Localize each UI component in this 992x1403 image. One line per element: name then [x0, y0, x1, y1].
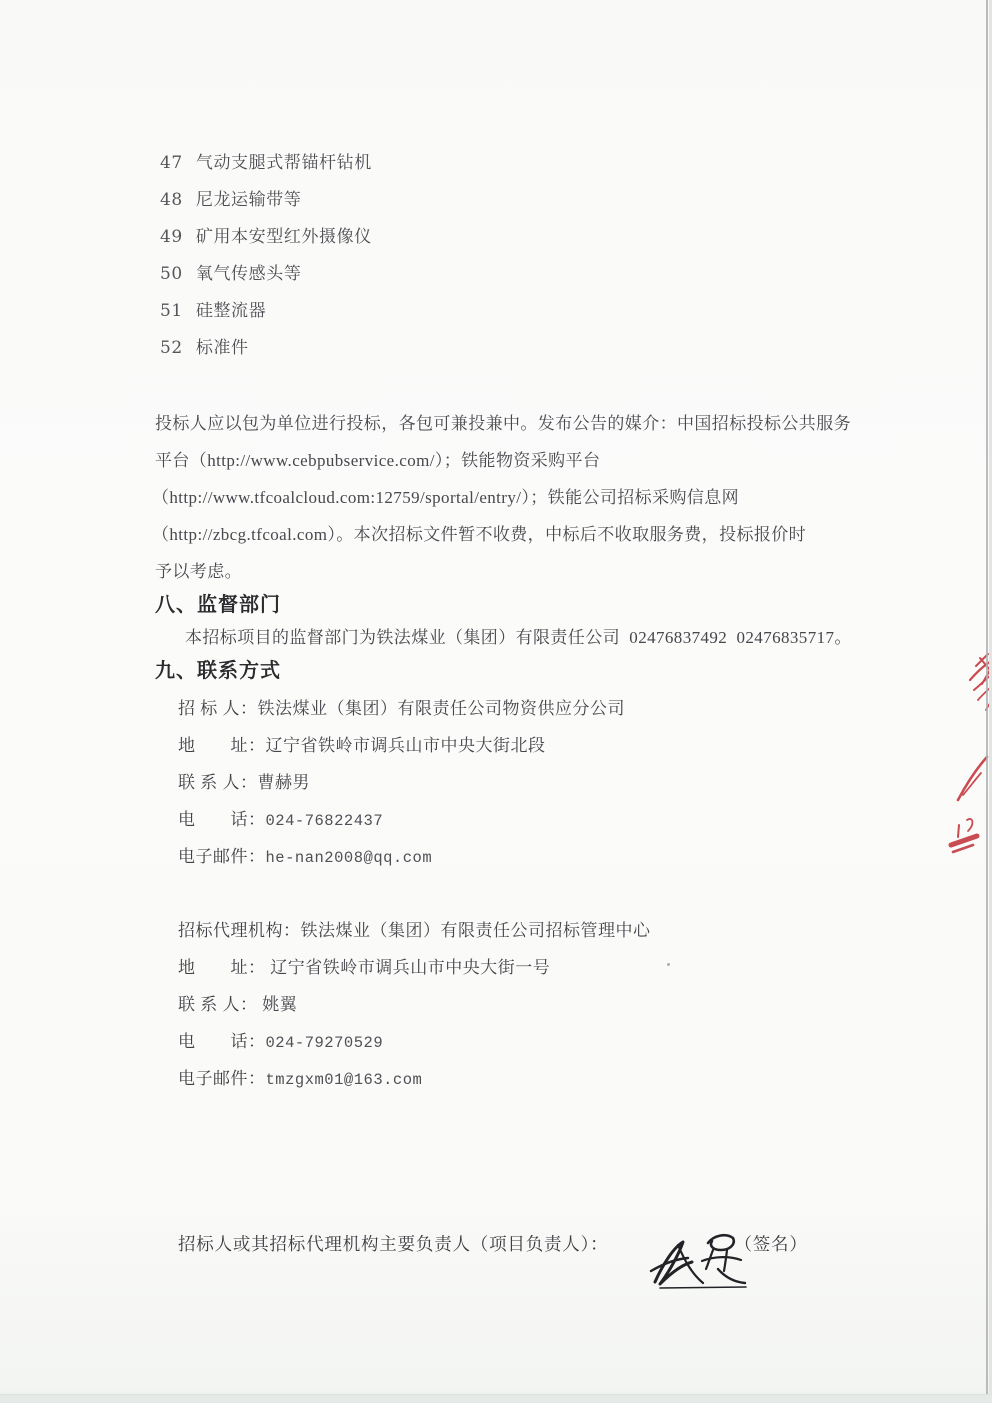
section-heading-supervision: 八、监督部门	[155, 588, 281, 617]
supervision-body: 本招标项目的监督部门为铁法煤业（集团）有限责任公司 02476837492 02…	[185, 623, 852, 648]
scanned-document-page: 47气动支腿式帮锚杆钻机 48尼龙运输带等 49矿用本安型红外摄像仪 50氧气传…	[0, 0, 992, 1403]
item-number: 47	[160, 153, 183, 173]
paragraph-line: 予以考虑。	[155, 557, 242, 582]
handwritten-signature	[616, 1210, 728, 1270]
list-item: 52标准件	[160, 333, 249, 358]
agency-name: 铁法煤业（集团）有限责任公司招标管理中心	[301, 921, 651, 940]
agency-phone-row: 电 话：024-79270529	[178, 1027, 383, 1052]
page-edge-line	[986, 0, 988, 1403]
list-item: 48尼龙运输带等	[160, 185, 301, 210]
agency-email-row: 电子邮件：tmzgxm01@163.com	[178, 1064, 422, 1089]
list-item: 49矿用本安型红外摄像仪	[160, 222, 372, 247]
agency-contact-person: 姚翼	[258, 995, 298, 1014]
field-label: 联 系 人：	[178, 768, 258, 793]
list-item: 50氧气传感头等	[160, 259, 301, 284]
field-label: 电子邮件：	[178, 1064, 266, 1089]
paragraph-line: （http://zbcg.tfcoal.com）。本次招标文件暂不收费，中标后不…	[152, 520, 806, 545]
item-name: 硅整流器	[196, 301, 266, 320]
tenderer-contact-person: 曹赫男	[258, 773, 311, 792]
signature-prefix: 招标人或其招标代理机构主要负责人（项目负责人）：	[178, 1231, 608, 1256]
agency-contact-person-row: 联 系 人： 姚翼	[178, 990, 297, 1015]
agency-name-row: 招标代理机构：铁法煤业（集团）有限责任公司招标管理中心	[178, 916, 651, 941]
field-label: 地 址：	[178, 953, 266, 978]
signature-line: 招标人或其招标代理机构主要负责人（项目负责人）： （签名）	[178, 1210, 808, 1256]
field-label: 电 话：	[178, 1027, 266, 1052]
agency-address-row: 地 址： 辽宁省铁岭市调兵山市中央大街一号	[178, 953, 550, 978]
item-name: 矿用本安型红外摄像仪	[196, 227, 372, 246]
field-label: 招标代理机构：	[178, 916, 301, 941]
tenderer-email: he-nan2008@qq.com	[266, 849, 433, 867]
item-name: 氧气传感头等	[196, 264, 302, 283]
field-label: 联 系 人：	[178, 990, 258, 1015]
bottom-scan-band	[0, 1394, 992, 1403]
field-label: 电子邮件：	[178, 842, 266, 867]
paragraph-line: 平台（http://www.cebpubservice.com/）；铁能物资采购…	[155, 446, 600, 471]
paragraph-line: 投标人应以包为单位进行投标，各包可兼投兼中。发布公告的媒介：中国招标投标公共服务	[155, 409, 851, 434]
scan-speck	[667, 963, 670, 966]
field-label: 电 话：	[178, 805, 266, 830]
tenderer-address-row: 地 址：辽宁省铁岭市调兵山市中央大街北段	[178, 731, 546, 756]
section-heading-contact: 九、联系方式	[155, 654, 281, 683]
list-item: 47气动支腿式帮锚杆钻机	[160, 148, 372, 173]
item-number: 51	[160, 301, 183, 321]
agency-phone: 024-79270529	[266, 1034, 384, 1052]
item-name: 气动支腿式帮锚杆钻机	[196, 153, 372, 172]
field-label: 地 址：	[178, 731, 266, 756]
tenderer-contact-person-row: 联 系 人：曹赫男	[178, 768, 310, 793]
item-number: 50	[160, 264, 183, 284]
agency-email: tmzgxm01@163.com	[266, 1071, 423, 1089]
tenderer-address: 辽宁省铁岭市调兵山市中央大街北段	[266, 736, 546, 755]
tenderer-name: 铁法煤业（集团）有限责任公司物资供应分公司	[258, 699, 626, 718]
tenderer-name-row: 招 标 人：铁法煤业（集团）有限责任公司物资供应分公司	[178, 694, 625, 719]
item-name: 尼龙运输带等	[196, 190, 302, 209]
tenderer-phone: 024-76822437	[266, 812, 384, 830]
list-item: 51硅整流器	[160, 296, 266, 321]
field-label: 招 标 人：	[178, 694, 258, 719]
agency-address: 辽宁省铁岭市调兵山市中央大街一号	[266, 958, 551, 977]
tenderer-email-row: 电子邮件：he-nan2008@qq.com	[178, 842, 432, 867]
paragraph-line: （http://www.tfcoalcloud.com:12759/sporta…	[152, 483, 739, 508]
item-number: 48	[160, 190, 183, 210]
item-name: 标准件	[196, 338, 249, 357]
item-number: 49	[160, 227, 183, 247]
tenderer-phone-row: 电 话：024-76822437	[178, 805, 383, 830]
item-number: 52	[160, 338, 183, 358]
